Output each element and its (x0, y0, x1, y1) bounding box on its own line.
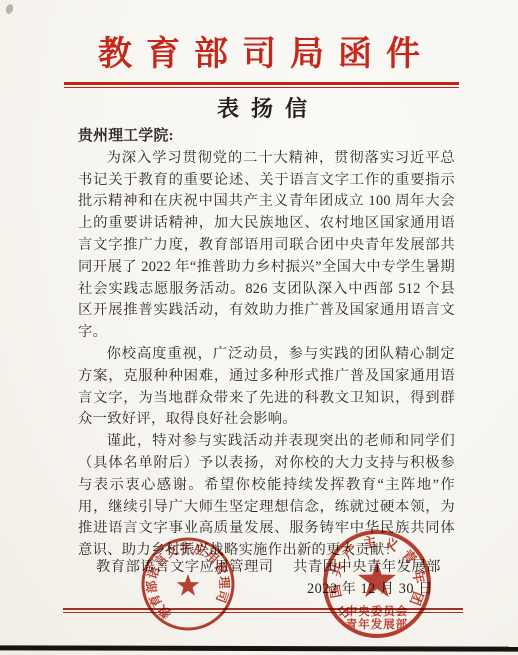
photo-edge (0, 645, 518, 651)
letter-body: 贵州理工学院: 为深入学习贯彻党的二十大精神，贯彻落实习近平总书记关于教育的重要… (78, 126, 455, 562)
header-rule (64, 82, 459, 88)
seal-ring-char: 部 (144, 580, 160, 594)
seal-communist-youth-league: 中央委员会 青年发展部 中国共产主义青年团 (320, 527, 434, 641)
doc-header-title: 教育部司局函件 (0, 26, 518, 75)
seal-ring-char: 国 (326, 583, 344, 600)
star-icon (358, 561, 396, 597)
seal-moe-language-dept: 教育部语言文字应用管理司 (138, 534, 238, 634)
seal-ring-char: 字 (179, 540, 193, 556)
seal-ring-char: 共 (328, 560, 347, 578)
seal-ring-char: 义 (382, 535, 400, 554)
seal-ring-char: 理 (217, 576, 232, 590)
salutation: 贵州理工学院: (78, 126, 455, 148)
paragraph-2: 你校高度重视，广泛动员，参与实践的团队精心制定方案，克服种种困难，通过多种形式推… (78, 344, 455, 431)
photo-artifact (5, 3, 15, 15)
letter-page: 教育部司局函件 表扬信 贵州理工学院: 为深入学习贯彻党的二十大精神，贯彻落实习… (0, 0, 518, 655)
seal-ring-char: 年 (410, 569, 428, 586)
seal-department-line: 青年发展部 (346, 617, 409, 631)
star-icon (177, 574, 200, 596)
paragraph-1: 为深入学习贯彻党的二十大精神，贯彻落实习近平总书记关于教育的重要论述、关于语言文… (78, 148, 455, 344)
seal-ring-char: 司 (213, 588, 230, 605)
seal-committee-line: 中央委员会 (346, 604, 409, 618)
letter-title: 表扬信 (0, 92, 518, 123)
seal-ring-char: 主 (362, 533, 379, 551)
